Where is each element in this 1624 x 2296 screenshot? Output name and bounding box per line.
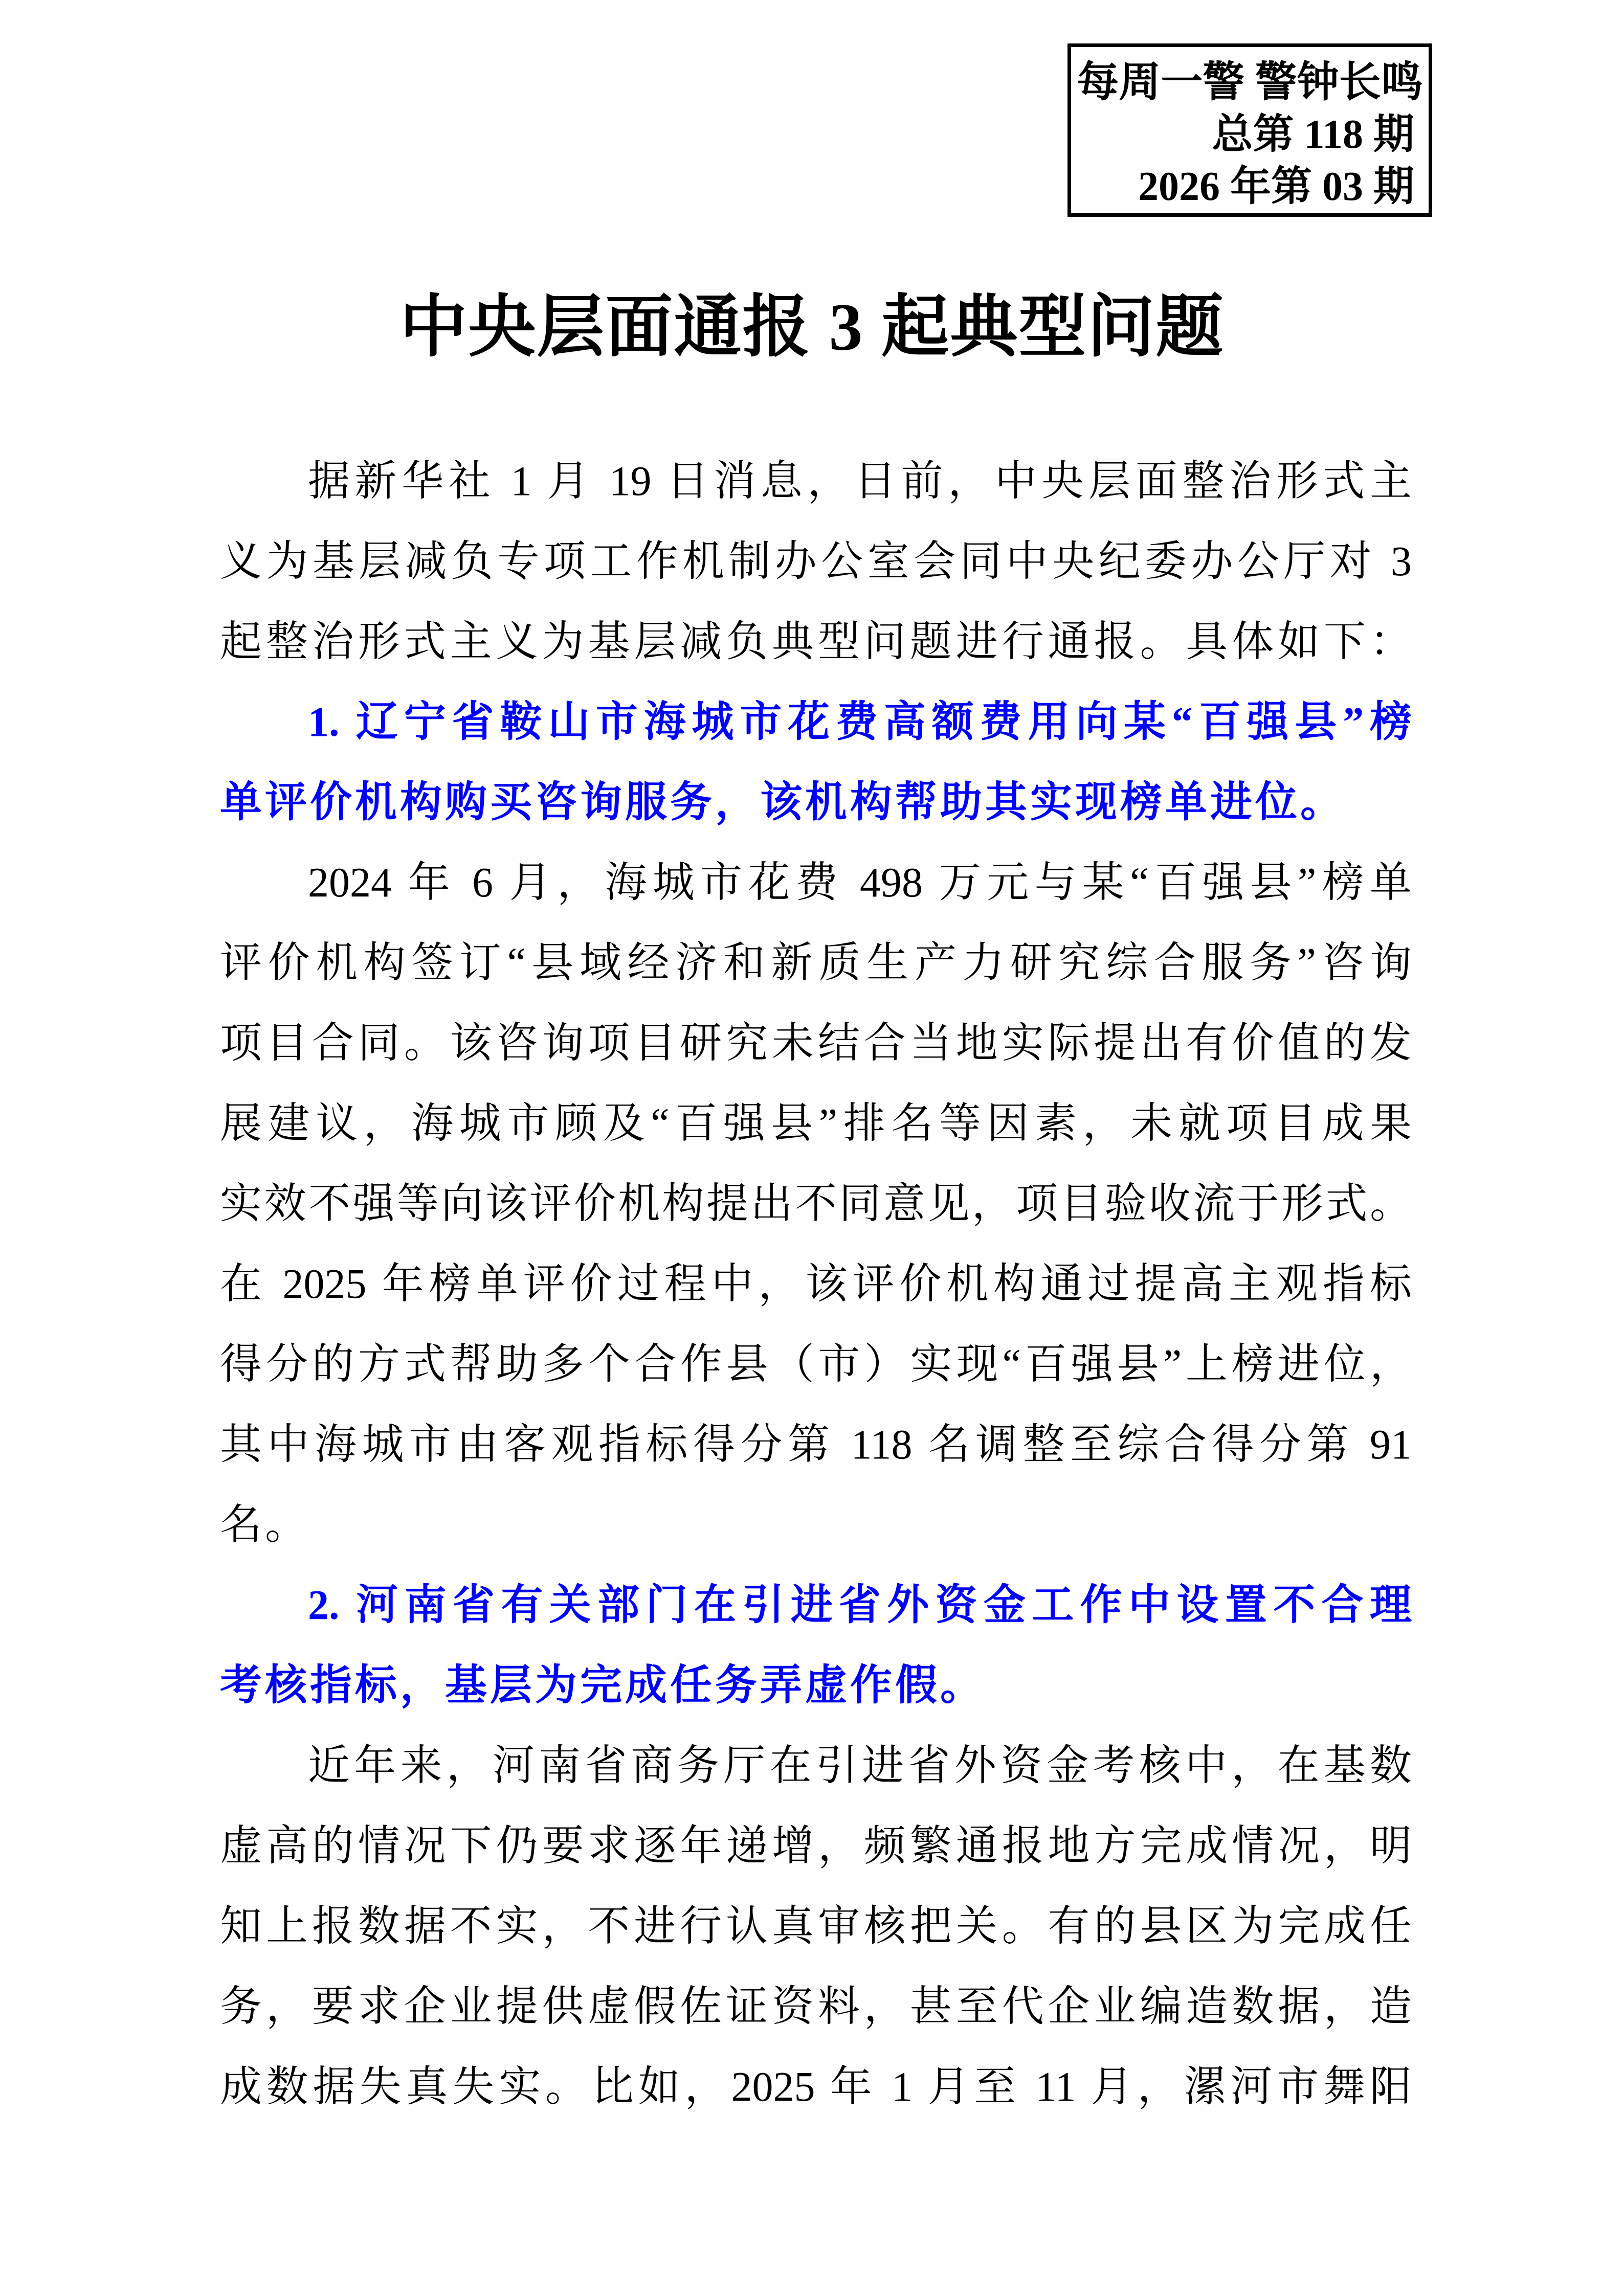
paragraph-line: 近年来，河南省商务厅在引进省外资金考核中，在基数 bbox=[220, 1725, 1412, 1806]
paragraph-line: 义为基层减负专项工作机制办公室会同中央纪委办公厅对 3 bbox=[220, 521, 1412, 601]
paragraph-line: 成数据失真失实。比如，2025 年 1 月至 11 月，漯河市舞阳 bbox=[220, 2046, 1412, 2127]
heading-line: 1. 辽宁省鞍山市海城市花费高额费用向某“百强县”榜 bbox=[220, 682, 1412, 762]
paragraph-line: 起整治形式主义为基层减负典型问题进行通报。具体如下： bbox=[220, 601, 1412, 682]
paragraph-line: 2024 年 6 月，海城市花费 498 万元与某“百强县”榜单 bbox=[220, 842, 1412, 922]
paragraph-line: 其中海城市由客观指标得分第 118 名调整至综合得分第 91 bbox=[220, 1404, 1412, 1484]
heading-line: 单评价机构购买咨询服务，该机构帮助其实现榜单进位。 bbox=[220, 762, 1412, 842]
paragraph-line: 实效不强等向该评价机构提出不同意见，项目验收流于形式。 bbox=[220, 1163, 1412, 1244]
paragraph-line: 项目合同。该咨询项目研究未结合当地实际提出有价值的发 bbox=[220, 1003, 1412, 1083]
paragraph-line: 展建议，海城市顾及“百强县”排名等因素，未就项目成果 bbox=[220, 1083, 1412, 1163]
paragraph-line: 评价机构签订“县域经济和新质生产力研究综合服务”咨询 bbox=[220, 922, 1412, 1003]
heading-line: 2. 河南省有关部门在引进省外资金工作中设置不合理 bbox=[220, 1565, 1412, 1645]
document-title: 中央层面通报 3 起典型问题 bbox=[0, 276, 1624, 378]
document-body: 据新华社 1 月 19 日消息，日前，中央层面整治形式主义为基层减负专项工作机制… bbox=[220, 441, 1412, 2127]
paragraph-line: 虚高的情况下仍要求逐年递增，频繁通报地方完成情况，明 bbox=[220, 1806, 1412, 1886]
issue-total-number: 总第 118 期 bbox=[1071, 108, 1429, 161]
heading-line: 考核指标，基层为完成任务弄虚作假。 bbox=[220, 1645, 1412, 1725]
issue-info-box: 每周一警 警钟长鸣 总第 118 期 2026 年第 03 期 bbox=[1067, 43, 1432, 217]
paragraph-line: 知上报数据不实，不进行认真审核把关。有的县区为完成任 bbox=[220, 1886, 1412, 1966]
paragraph-line: 据新华社 1 月 19 日消息，日前，中央层面整治形式主 bbox=[220, 441, 1412, 521]
masthead-slogan: 每周一警 警钟长鸣 bbox=[1071, 56, 1429, 108]
issue-year-number: 2026 年第 03 期 bbox=[1071, 161, 1429, 213]
paragraph-line: 名。 bbox=[220, 1484, 1412, 1565]
paragraph-line: 在 2025 年榜单评价过程中，该评价机构通过提高主观指标 bbox=[220, 1244, 1412, 1324]
document-page: { "page": { "background": "#ffffff", "te… bbox=[0, 0, 1624, 2296]
paragraph-line: 得分的方式帮助多个合作县（市）实现“百强县”上榜进位， bbox=[220, 1324, 1412, 1404]
paragraph-line: 务，要求企业提供虚假佐证资料，甚至代企业编造数据，造 bbox=[220, 1966, 1412, 2046]
